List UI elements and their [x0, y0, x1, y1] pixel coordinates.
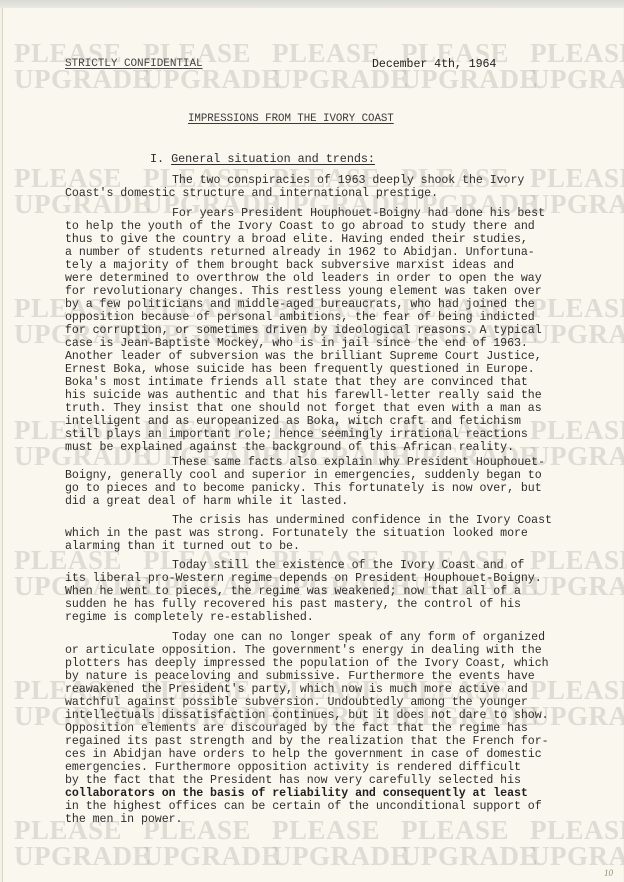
document-title: IMPRESSIONS FROM THE IVORY COAST — [188, 113, 394, 126]
paragraph-line: opposition because of personal ambitions… — [65, 311, 535, 324]
paragraph-line: thus to give the country a broad elite. … — [65, 233, 528, 246]
paragraph-line: watchful against possible subversion. Un… — [65, 696, 528, 709]
paragraph-line: to help the youth of the Ivory Coast to … — [65, 220, 535, 233]
paragraph-line: reawakened the President's party, which … — [65, 683, 528, 696]
paragraph-line: by nature is peaceloving and submissive.… — [65, 670, 535, 683]
paragraph-line: Boigny, generally cool and superior in e… — [65, 469, 542, 482]
paragraph-line: a number of students returned already in… — [65, 246, 535, 259]
paragraph-line: which in the past was strong. Fortunatel… — [65, 527, 528, 540]
paragraph-line: alarming than it turned out to be. — [65, 540, 300, 553]
paragraph-line: his suicide was authentic and that his f… — [65, 389, 542, 402]
paragraph-line: sudden he has fully recovered his past m… — [65, 598, 521, 611]
paragraph-line: for revolutionary changes. This restless… — [65, 285, 542, 298]
paragraph-line: Another leader of subversion was the bri… — [65, 350, 542, 363]
paragraph-line: were determined to overthrow the old lea… — [65, 272, 542, 285]
paragraph-line: When he went to pieces, the regime was w… — [65, 585, 521, 598]
paragraph-line: by the fact that the President has now v… — [65, 774, 521, 787]
paragraph-line: its liberal pro-Western regime depends o… — [65, 572, 542, 585]
paragraph-line: emergencies. Furthermore opposition acti… — [65, 761, 521, 774]
section-title: General situation and trends: — [171, 152, 375, 166]
paragraph-line: Ernest Boka, whose suicide has been freq… — [65, 363, 535, 376]
classification-label: STRICTLY CONFIDENTIAL — [65, 58, 203, 71]
paragraph-line: regime is completely re-established. — [65, 611, 314, 624]
document-date: December 4th, 1964 — [372, 58, 496, 71]
paragraph-line: For years President Houphouet-Boigny had… — [172, 207, 545, 220]
paragraph-line: Opposition elements are discouraged by t… — [65, 722, 528, 735]
paragraph-line: still plays an important role; hence see… — [65, 428, 528, 441]
paragraph-line: did a great deal of harm while it lasted… — [65, 495, 348, 508]
section-number: I. — [150, 152, 164, 166]
paragraph-line: for corruption, or sometimes driven by i… — [65, 324, 542, 337]
paragraph-line: collaborators on the basis of reliabilit… — [65, 787, 528, 800]
paragraph-line: The crisis has undermined confidence in … — [172, 514, 552, 527]
paragraph-line: plotters has deeply impressed the popula… — [65, 657, 549, 670]
section-heading: I. General situation and trends: — [150, 153, 375, 166]
paragraph-line: intelligent and as europeanized as Boka,… — [65, 415, 521, 428]
paragraph-line: by a few politicians and middle-aged bur… — [65, 298, 535, 311]
paragraph-line: These same facts also explain why Presid… — [172, 456, 545, 469]
paragraph-line: the men in power. — [65, 813, 182, 826]
paragraph-line: The two conspiracies of 1963 deeply shoo… — [172, 174, 524, 187]
page-number: 10 — [604, 868, 613, 878]
paragraph-line: or articulate opposition. The government… — [65, 644, 542, 657]
paragraph-line: in the highest offices can be certain of… — [65, 800, 542, 813]
paragraph-line: case is Jean-Baptiste Mockey, who is in … — [65, 337, 528, 350]
document-content: STRICTLY CONFIDENTIAL December 4th, 1964… — [0, 0, 624, 882]
paragraph-line: truth. They insist that one should not f… — [65, 402, 542, 415]
paragraph-line: regained its past strength and by the re… — [65, 735, 549, 748]
paragraph-line: go to pieces and to become panicky. This… — [65, 482, 542, 495]
paragraph-line: Boka's most intimate friends all state t… — [65, 376, 528, 389]
paragraph-line: intellectuals dissatisfaction continues,… — [65, 709, 549, 722]
paragraph-line: Today still the existence of the Ivory C… — [172, 559, 524, 572]
paragraph-line: ces in Abidjan have orders to help the g… — [65, 748, 542, 761]
paragraph-line: Today one can no longer speak of any for… — [172, 631, 545, 644]
paragraph-line: Coast's domestic structure and internati… — [65, 187, 438, 200]
paragraph-line: tely a majority of them brought back sub… — [65, 259, 514, 272]
paragraph-line: must be explained against the background… — [65, 441, 514, 454]
